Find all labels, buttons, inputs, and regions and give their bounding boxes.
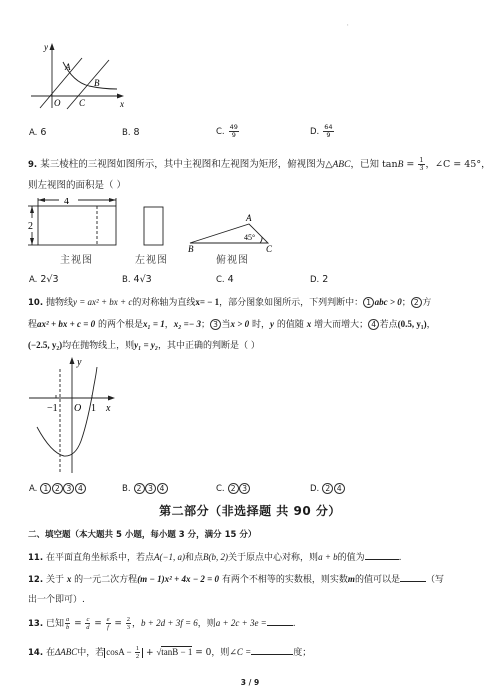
q10-parabola-graph: y x O −1 1 xyxy=(25,355,125,475)
q8-label-O: O xyxy=(54,98,61,108)
q8-option-c: C.499 xyxy=(216,124,240,139)
fraction: 13 xyxy=(418,157,424,172)
q9-option-c: C.4 xyxy=(216,274,234,286)
option-value: 6 xyxy=(40,127,46,138)
q14-text: 14. 在ΔABC中，若cosA − 12 + √tanB − 1 = 0，则∠… xyxy=(28,645,311,660)
origin-label: O xyxy=(74,403,81,414)
q9-text-line1: 9. 某三棱柱的三视图如图所示，其中主视图和左视图为矩形，俯视图为△ABC，已知… xyxy=(28,157,491,172)
q12-text-line2: 出一个即可）. xyxy=(28,594,85,606)
height-label: 2 xyxy=(28,221,33,232)
q9-front-view: 4 2 主视图 xyxy=(26,198,121,268)
q8-label-B: B xyxy=(94,78,100,88)
fraction: 649 xyxy=(323,124,333,139)
option-value: 8 xyxy=(134,127,140,138)
q10-option-d: D.24 xyxy=(310,483,345,495)
left-view-caption: 左视图 xyxy=(135,253,168,266)
front-view-caption: 主视图 xyxy=(60,254,93,266)
q10-text-line2: 程ax² + bx + c = 0 的两个根是x₁ = 1，x₂ =− 3；3当… xyxy=(28,318,436,331)
answer-blank[interactable] xyxy=(251,645,293,655)
tick-label-neg1: −1 xyxy=(47,403,58,414)
q8-label-A: A xyxy=(64,62,71,72)
fraction: 499 xyxy=(229,124,239,139)
q8-label-y: y xyxy=(43,42,48,52)
q10-text-line1: 10. 抛物线y = ax² + bx + c的对称轴为直线x= − 1，部分图… xyxy=(28,296,431,309)
q8-option-a: A.6 xyxy=(29,127,46,139)
q10-option-c: C.23 xyxy=(216,483,251,495)
q8-label-C: C xyxy=(79,98,86,108)
option-label: A. xyxy=(29,128,37,138)
answer-blank[interactable] xyxy=(267,616,293,626)
page-top-mark: ' xyxy=(347,24,349,31)
q11-text: 11. 在平面直角坐标系中，若点A(−1, a)和点B(b, 2)关于原点中心对… xyxy=(28,550,402,564)
q8-option-b: B.8 xyxy=(122,127,140,139)
q9-text-line2: 则左视图的面积是（ ） xyxy=(28,180,126,192)
part2-title: 第二部分（非选择题 共 90 分） xyxy=(0,502,500,519)
angle-label: 45° xyxy=(244,233,255,242)
vertex-A: A xyxy=(245,213,252,223)
vertex-B: B xyxy=(188,244,194,254)
q9-top-view: A B C 45° 俯视图 xyxy=(182,198,282,268)
top-view-caption: 俯视图 xyxy=(216,254,249,266)
answer-blank[interactable] xyxy=(400,572,426,582)
axis-label-x: x xyxy=(105,403,111,414)
circled-number: 2 xyxy=(411,297,422,308)
q8-option-d: D.649 xyxy=(310,124,335,139)
q10-option-b: B.234 xyxy=(122,483,168,495)
q9-option-d: D.2 xyxy=(310,274,328,286)
q12-text-line1: 12. 关于 x 的一元二次方程(m − 1)x² + 4x − 2 = 0 有… xyxy=(28,572,444,586)
question-number: 9. xyxy=(28,160,37,170)
option-label: C. xyxy=(216,127,225,137)
section2-heading: 二、填空题（本大题共 5 小题，每小题 3 分，满分 15 分） xyxy=(28,529,256,541)
circled-number: 3 xyxy=(210,319,221,330)
circled-number: 1 xyxy=(363,297,374,308)
answer-blank[interactable] xyxy=(365,550,399,560)
vertex-C: C xyxy=(266,244,273,254)
width-label: 4 xyxy=(64,198,69,207)
option-label: D. xyxy=(310,127,319,137)
tick-label-1: 1 xyxy=(91,403,96,414)
q9-option-a: A.2√3 xyxy=(29,274,59,286)
q10-option-a: A.1234 xyxy=(29,483,86,495)
q13-text: 13. 已知ab = cd = ef = 23，b + 2d + 3f = 6，… xyxy=(28,616,296,631)
option-label: B. xyxy=(122,128,131,138)
q9-option-b: B.4√3 xyxy=(122,274,152,286)
q8-figure-graph: y x O A B C xyxy=(25,40,130,112)
q10-text-line3: (−2.5, y₂)均在抛物线上，则y₁ = y₂，其中正确的判断是（ ） xyxy=(28,339,260,352)
page-number: 3 / 9 xyxy=(0,678,500,687)
circled-number: 4 xyxy=(368,319,379,330)
axis-label-y: y xyxy=(76,357,82,368)
q8-label-x: x xyxy=(119,99,124,109)
